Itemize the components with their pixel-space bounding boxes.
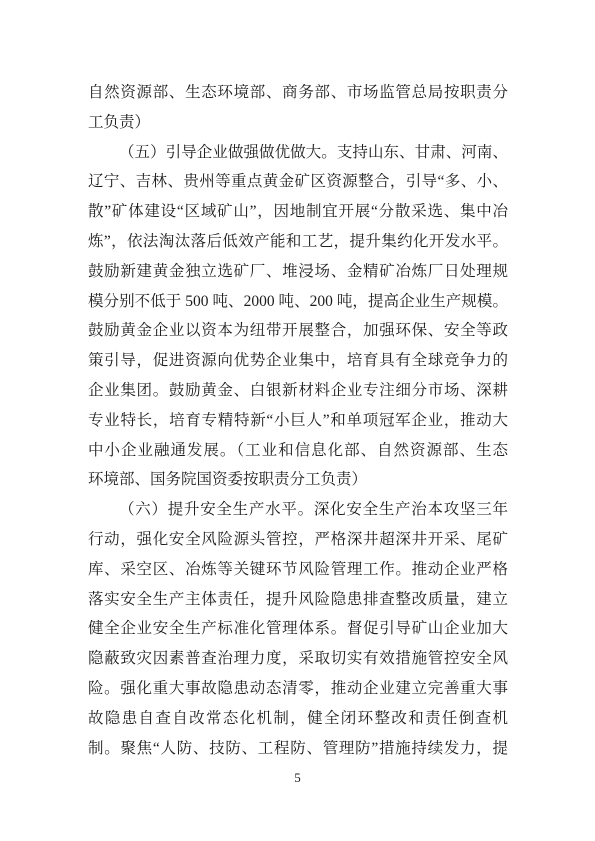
- text-line: 健全企业安全生产标准化管理体系。督促引导矿山企业加大: [88, 614, 508, 644]
- text-line: 险。强化重大事故隐患动态清零，推动企业建立完善重大事: [88, 674, 508, 704]
- text-line: 策引导，促进资源向优势企业集中，培育具有全球竞争力的: [88, 346, 508, 376]
- text-line: 企业集团。鼓励黄金、白银新材料企业专注细分市场、深耕: [88, 376, 508, 406]
- text-line: 隐蔽致灾因素普查治理力度，采取切实有效措施管控安全风: [88, 644, 508, 674]
- page-footer: 5: [0, 769, 595, 787]
- text-line: 行动，强化安全风险源头管控，严格深井超深井开采、尾矿: [88, 525, 508, 555]
- text-line: 中小企业融通发展。（工业和信息化部、自然资源部、生态: [88, 436, 508, 466]
- text-line: 库、采空区、冶炼等关键环节风险管理工作。推动企业严格: [88, 555, 508, 585]
- text-line: 环境部、国务院国资委按职责分工负责）: [88, 465, 508, 495]
- text-line: 工负责）: [88, 108, 508, 138]
- text-line: （六）提升安全生产水平。深化安全生产治本攻坚三年: [88, 495, 508, 525]
- text-line: （五）引导企业做强做优做大。支持山东、甘肃、河南、: [88, 138, 508, 168]
- text-line: 制。聚焦“人防、技防、工程防、管理防”措施持续发力，提: [88, 734, 508, 764]
- text-line: 落实安全生产主体责任，提升风险隐患排查整改质量，建立: [88, 585, 508, 615]
- text-line: 故隐患自查自改常态化机制，健全闭环整改和责任倒查机: [88, 704, 508, 734]
- text-line: 模分别不低于 500 吨、2000 吨、200 吨，提高企业生产规模。: [88, 287, 508, 317]
- text-line: 专业特长，培育专精特新“小巨人”和单项冠军企业，推动大: [88, 406, 508, 436]
- text-line: 鼓励新建黄金独立选矿厂、堆浸场、金精矿冶炼厂日处理规: [88, 257, 508, 287]
- text-line: 炼”，依法淘汰落后低效产能和工艺，提升集约化开发水平。: [88, 227, 508, 257]
- document-page: 自然资源部、生态环境部、商务部、市场监管总局按职责分工负责）（五）引导企业做强做…: [0, 0, 595, 841]
- document-body: 自然资源部、生态环境部、商务部、市场监管总局按职责分工负责）（五）引导企业做强做…: [88, 78, 508, 763]
- text-line: 自然资源部、生态环境部、商务部、市场监管总局按职责分: [88, 78, 508, 108]
- text-line: 散”矿体建设“区域矿山”，因地制宜开展“分散采选、集中冶: [88, 197, 508, 227]
- text-line: 辽宁、吉林、贵州等重点黄金矿区资源整合，引导“多、小、: [88, 167, 508, 197]
- text-line: 鼓励黄金企业以资本为纽带开展整合，加强环保、安全等政: [88, 316, 508, 346]
- page-number: 5: [294, 770, 301, 785]
